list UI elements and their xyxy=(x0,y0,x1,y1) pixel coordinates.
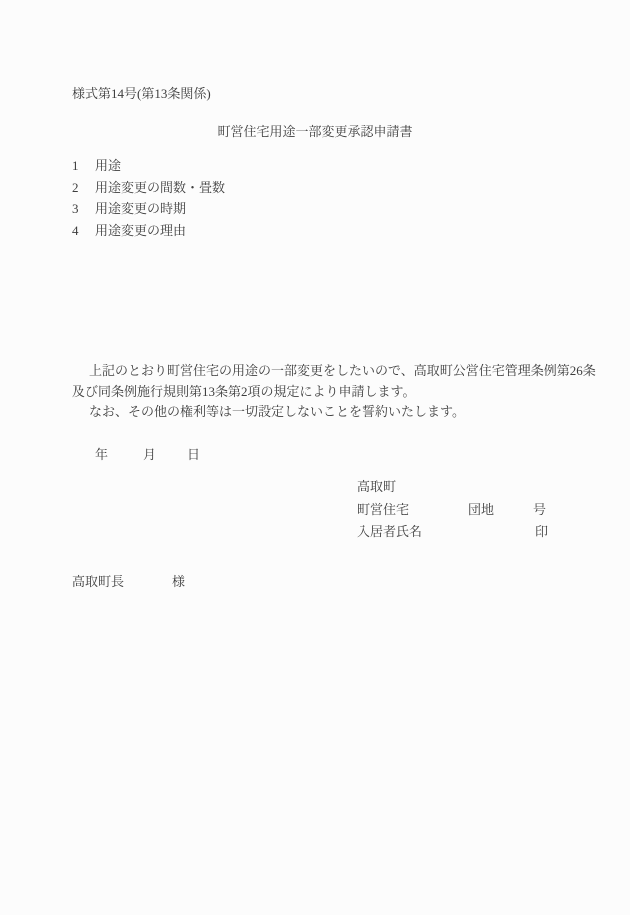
item-label: 用途変更の理由 xyxy=(95,223,186,238)
item-number: 2 xyxy=(72,177,95,199)
item-list: 1用途 2用途変更の間数・畳数 3用途変更の時期 4用途変更の理由 xyxy=(72,155,225,242)
list-item: 4用途変更の理由 xyxy=(72,220,225,242)
item-label: 用途変更の間数・畳数 xyxy=(95,180,225,195)
body-line: 上記のとおり町営住宅の用途の一部変更をしたいので、高取町公営住宅管理条例第26条 xyxy=(72,361,597,382)
body-line: なお、その他の権利等は一切設定しないことを誓約いたします。 xyxy=(72,402,597,423)
body-line: 及び同条例施行規則第13条第2項の規定により申請します。 xyxy=(72,382,597,403)
date-year-label: 年 xyxy=(95,444,108,463)
estate-label: 団地 xyxy=(468,499,494,518)
item-label: 用途変更の時期 xyxy=(95,201,186,216)
list-item: 1用途 xyxy=(72,155,225,177)
document-page: 様式第14号(第13条関係) 町営住宅用途一部変更承認申請書 1用途 2用途変更… xyxy=(0,0,630,915)
unit-number-label: 号 xyxy=(533,499,546,518)
list-item: 3用途変更の時期 xyxy=(72,198,225,220)
document-title: 町営住宅用途一部変更承認申請書 xyxy=(0,121,630,140)
addressee-title: 高取町長 xyxy=(72,571,124,590)
item-number: 4 xyxy=(72,220,95,242)
item-label: 用途 xyxy=(95,158,121,173)
addressee-honorific: 様 xyxy=(172,571,185,590)
item-number: 3 xyxy=(72,198,95,220)
date-day-label: 日 xyxy=(187,444,200,463)
item-number: 1 xyxy=(72,155,95,177)
seal-label: 印 xyxy=(535,521,548,540)
list-item: 2用途変更の間数・畳数 xyxy=(72,177,225,199)
housing-label: 町営住宅 xyxy=(357,499,409,518)
applicant-town-label: 高取町 xyxy=(357,476,396,495)
date-month-label: 月 xyxy=(143,444,156,463)
resident-name-label: 入居者氏名 xyxy=(357,521,422,540)
form-number: 様式第14号(第13条関係) xyxy=(72,83,211,102)
body-paragraph: 上記のとおり町営住宅の用途の一部変更をしたいので、高取町公営住宅管理条例第26条… xyxy=(72,361,597,423)
